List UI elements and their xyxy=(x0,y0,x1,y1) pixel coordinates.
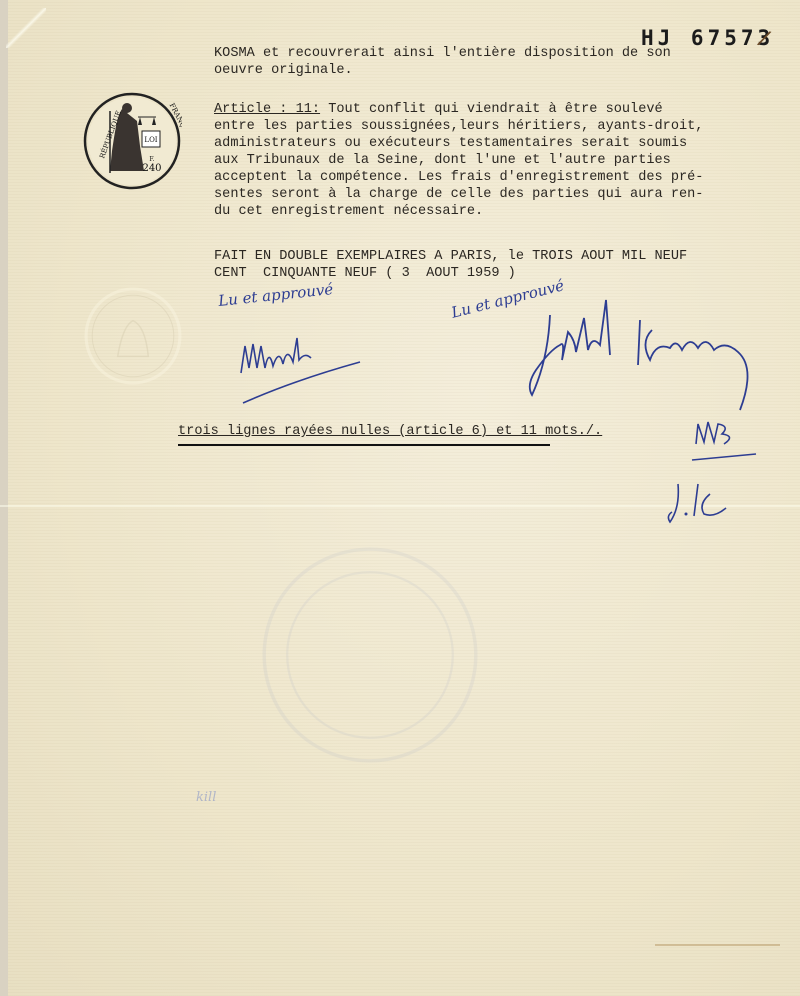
strikeout-note: trois lignes rayées nulles (article 6) e… xyxy=(178,424,602,439)
article-body: entre les parties soussignées,leurs héri… xyxy=(214,119,703,219)
watermark-seal-icon xyxy=(255,540,485,770)
approval-note-left: Lu et approuvé xyxy=(217,280,334,310)
continuation-paragraph: KOSMA et recouvrerait ainsi l'entière di… xyxy=(214,45,671,79)
svg-text:LOI: LOI xyxy=(144,136,157,144)
paper-stain xyxy=(655,944,780,946)
article-first-line: Tout conflit qui viendrait à être soulev… xyxy=(320,102,663,117)
embossed-seal-icon xyxy=(82,283,184,389)
signing-clause: FAIT EN DOUBLE EXEMPLAIRES A PARIS, le T… xyxy=(214,248,687,282)
initials-mb-icon xyxy=(690,418,760,466)
initials-jk-icon xyxy=(664,478,734,526)
document-page: HJ 67573 / KOSMA et recouvrerait ainsi l… xyxy=(0,0,800,996)
pencil-annotation: kill xyxy=(196,790,216,805)
page-edge xyxy=(0,0,8,996)
fiscal-stamp-icon: LOI F. 240 RÉPUBLIQUE FRANÇAISE xyxy=(82,91,182,191)
article-11-paragraph: Article : 11: Tout conflit qui viendrait… xyxy=(214,101,703,220)
svg-text:F.: F. xyxy=(149,156,154,163)
svg-text:240: 240 xyxy=(142,163,161,174)
note-underline xyxy=(178,444,550,446)
article-label: Article : 11: xyxy=(214,102,320,117)
signature-joseph-kosma-icon xyxy=(520,290,760,415)
signature-marcel-icon xyxy=(235,318,365,408)
corner-crease xyxy=(6,8,46,48)
